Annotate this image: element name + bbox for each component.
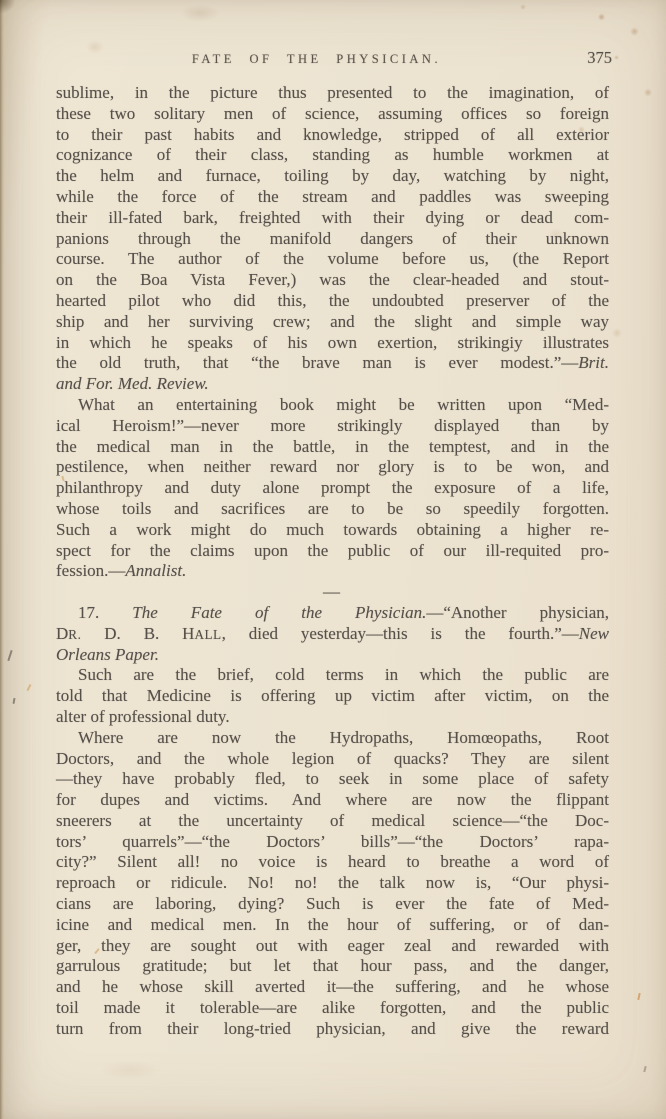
body-text: in which he speaks of his own exertion, … <box>56 333 609 352</box>
body-text: reproach or ridicule. No! no! the talk n… <box>56 873 609 892</box>
text-line: the helm and furnace, toiling by day, wa… <box>56 166 609 187</box>
body-text: city?” Silent all! no voice is heard to … <box>56 852 609 871</box>
body-text: ger, they are sought out with eager zeal… <box>56 936 609 955</box>
text-line: alter of professional duty. <box>56 707 609 728</box>
small-caps-text: r. <box>68 627 81 642</box>
body-text: course. The author of the volume before … <box>56 249 609 268</box>
text-line: fession.—Annalist. <box>56 561 609 582</box>
body-text: alter of professional duty. <box>56 707 230 726</box>
margin-pencil-mark <box>12 698 15 704</box>
body-text: ship and her surviving crew; and the sli… <box>56 312 609 331</box>
body-text: D. B. H <box>81 624 194 643</box>
text-line: sneerers at the uncertainty of medical s… <box>56 811 609 832</box>
margin-pencil-mark <box>7 650 12 661</box>
italic-text: Orleans Paper. <box>56 645 159 664</box>
text-line: Such a work might do much towards obtain… <box>56 520 609 541</box>
body-text: Doctors, and the whole legion of quacks?… <box>56 749 609 768</box>
text-line: tors’ quarrels”—“the Doctors’ bills”—“th… <box>56 832 609 853</box>
body-text: pestilence, when neither reward nor glor… <box>56 457 609 476</box>
paper-stain <box>598 13 605 21</box>
text-line: cians are laboring, dying? Such is ever … <box>56 894 609 915</box>
body-text: Such are the brief, cold terms in which … <box>78 665 609 684</box>
text-line: Such are the brief, cold terms in which … <box>56 665 609 686</box>
corner-smudge <box>0 0 16 14</box>
text-line: the medical man in the battle, in the te… <box>56 437 609 458</box>
body-text: and he whose skill averted it—the suffer… <box>56 977 609 996</box>
italic-text: and For. Med. Review. <box>56 374 209 393</box>
page-number: 375 <box>587 48 612 68</box>
body-text: to their past habits and knowledge, stri… <box>56 125 609 144</box>
text-line: in which he speaks of his own exertion, … <box>56 333 609 354</box>
body-text: —they have probably fled, to seek in som… <box>56 769 609 788</box>
paper-stain <box>614 55 619 60</box>
paper-stain <box>180 4 220 22</box>
body-text: turn from their long-tried physician, an… <box>56 1019 609 1038</box>
body-text: hearted pilot who did this, the undoubte… <box>56 291 609 310</box>
text-line: city?” Silent all! no voice is heard to … <box>56 852 609 873</box>
text-line: reproach or ridicule. No! no! the talk n… <box>56 873 609 894</box>
body-text: while the force of the stream and paddle… <box>56 187 609 206</box>
text-line: Where are now the Hydropaths, Homœopaths… <box>56 728 609 749</box>
body-text: tors’ quarrels”—“the Doctors’ bills”—“th… <box>56 832 609 851</box>
text-line: ical Heroism!”—never more strikingly dis… <box>56 416 609 437</box>
paper-fiber-speck <box>26 684 31 691</box>
paragraph: Such are the brief, cold terms in which … <box>56 665 609 727</box>
body-text: sneerers at the uncertainty of medical s… <box>56 811 609 830</box>
body-text: fession.— <box>56 561 125 580</box>
text-line: while the force of the stream and paddle… <box>56 187 609 208</box>
text-line: sublime, in the picture thus presented t… <box>56 83 609 104</box>
text-column: sublime, in the picture thus presented t… <box>56 83 609 1040</box>
text-line: What an entertaining book might be writt… <box>56 395 609 416</box>
body-text: panions through the manifold dangers of … <box>56 229 609 248</box>
body-text: cognizance of their class, standing as h… <box>56 145 609 164</box>
text-line: pestilence, when neither reward nor glor… <box>56 457 609 478</box>
text-line: course. The author of the volume before … <box>56 249 609 270</box>
small-caps-text: all <box>194 627 221 642</box>
body-text: the helm and furnace, toiling by day, wa… <box>56 166 609 185</box>
running-title: FATE OF THE PHYSICIAN. <box>40 52 593 67</box>
text-line: and he whose skill averted it—the suffer… <box>56 977 609 998</box>
body-text: spect for the claims upon the public of … <box>56 541 609 560</box>
text-line: ger, they are sought out with eager zeal… <box>56 936 609 957</box>
text-line: icine and medical men. In the hour of su… <box>56 915 609 936</box>
text-line: hearted pilot who did this, the undoubte… <box>56 291 609 312</box>
margin-mark <box>637 993 640 1000</box>
body-text: the medical man in the battle, in the te… <box>56 437 609 456</box>
body-text: Where are now the Hydropaths, Homœopaths… <box>78 728 609 747</box>
paragraph: Where are now the Hydropaths, Homœopaths… <box>56 728 609 1040</box>
body-text: garrulous gratitude; but let that hour p… <box>56 956 609 975</box>
paragraph: What an entertaining book might be writt… <box>56 395 609 582</box>
text-line: philanthropy and duty alone prompt the e… <box>56 478 609 499</box>
body-text: sublime, in the picture thus presented t… <box>56 83 609 102</box>
body-text: What an entertaining book might be writt… <box>78 395 609 414</box>
paper-stain <box>630 27 639 36</box>
text-line: whose toils and sacrifices are to be so … <box>56 499 609 520</box>
text-line: told that Medicine is offering up victim… <box>56 686 609 707</box>
text-line: Doctors, and the whole legion of quacks?… <box>56 749 609 770</box>
body-text: D <box>56 624 68 643</box>
text-line: on the Boa Vista Fever,) was the clear-h… <box>56 270 609 291</box>
paper-stain <box>644 88 652 97</box>
body-text: 17. <box>78 603 132 622</box>
margin-mark <box>643 1066 646 1072</box>
body-text: their ill-fated bark, freighted with the… <box>56 208 609 227</box>
text-line: —they have probably fled, to seek in som… <box>56 769 609 790</box>
text-line: for dupes and victims. And where are now… <box>56 790 609 811</box>
text-line: Dr. D. B. Hall, died yesterday—this is t… <box>56 624 609 645</box>
paragraph: sublime, in the picture thus presented t… <box>56 83 609 395</box>
paper-stain <box>612 328 622 338</box>
text-line: the old truth, that “the brave man is ev… <box>56 353 609 374</box>
paper-stain <box>520 4 526 10</box>
text-line: panions through the manifold dangers of … <box>56 229 609 250</box>
body-text: whose toils and sacrifices are to be so … <box>56 499 609 518</box>
italic-text: The Fate of the Physician. <box>132 603 426 622</box>
text-line: cognizance of their class, standing as h… <box>56 145 609 166</box>
page-surface: FATE OF THE PHYSICIAN. 375 sublime, in t… <box>0 0 666 1119</box>
body-text: for dupes and victims. And where are now… <box>56 790 609 809</box>
body-text: cians are laboring, dying? Such is ever … <box>56 894 609 913</box>
paragraph: 17. The Fate of the Physician.—“Another … <box>56 603 609 665</box>
body-text: philanthropy and duty alone prompt the e… <box>56 478 609 497</box>
text-line: toil made it tolerable—are alike forgott… <box>56 998 609 1019</box>
italic-text: Brit. <box>578 353 609 372</box>
scanned-book-page: { "document": { "header": { "running_tit… <box>0 0 666 1119</box>
body-text: on the Boa Vista Fever,) was the clear-h… <box>56 270 609 289</box>
text-line: turn from their long-tried physician, an… <box>56 1019 609 1040</box>
text-line: garrulous gratitude; but let that hour p… <box>56 956 609 977</box>
text-line: ship and her surviving crew; and the sli… <box>56 312 609 333</box>
body-text: the old truth, that “the brave man is ev… <box>56 353 578 372</box>
body-text: told that Medicine is offering up victim… <box>56 686 609 705</box>
text-line: and For. Med. Review. <box>56 374 609 395</box>
italic-text: New <box>579 624 609 643</box>
text-line: their ill-fated bark, freighted with the… <box>56 208 609 229</box>
body-text: toil made it tolerable—are alike forgott… <box>56 998 609 1017</box>
text-line: to their past habits and knowledge, stri… <box>56 125 609 146</box>
text-line: these two solitary men of science, assum… <box>56 104 609 125</box>
body-text: these two solitary men of science, assum… <box>56 104 609 123</box>
body-text: , died yesterday—this is the fourth.”— <box>222 624 579 643</box>
body-text: ical Heroism!”—never more strikingly dis… <box>56 416 609 435</box>
section-separator: — <box>56 582 609 603</box>
body-text: —“Another physician, <box>426 603 609 622</box>
text-line: 17. The Fate of the Physician.—“Another … <box>56 603 609 624</box>
italic-text: Annalist. <box>125 561 186 580</box>
body-text: Such a work might do much towards obtain… <box>56 520 609 539</box>
page-binding-edge <box>0 0 4 1119</box>
text-line: Orleans Paper. <box>56 645 609 666</box>
paper-stain <box>100 1060 160 1080</box>
body-text: icine and medical men. In the hour of su… <box>56 915 609 934</box>
text-line: spect for the claims upon the public of … <box>56 541 609 562</box>
